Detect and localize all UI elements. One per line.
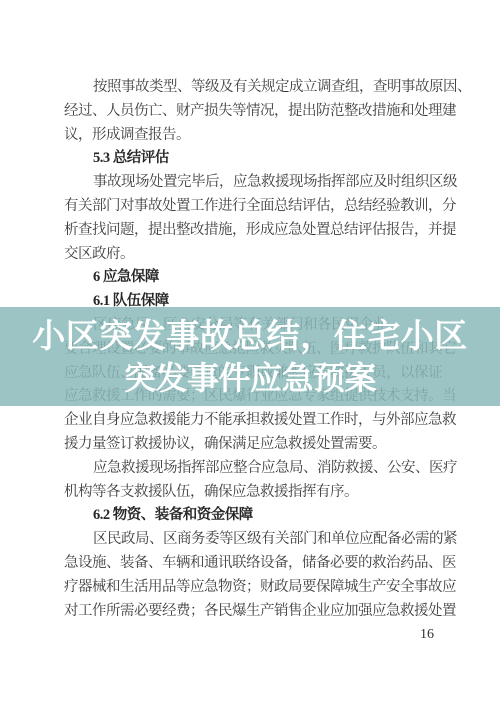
document-line: 援力量签订救援协议，确保满足应急救援处置需要。 <box>64 433 464 457</box>
section-heading: 6 应急保障 <box>64 266 464 290</box>
document-line: 应急救援现场指挥部应整合应急局、消防救援、公安、医疗 <box>64 457 464 481</box>
document-page: 按照事故类型、等级及有关规定成立调查组，查明事故原因、 经过、人员伤亡、财产损失… <box>0 0 500 707</box>
document-line: 急设施、装备、车辆和通讯联络设备，储备必要的救治药品、医 <box>64 552 464 576</box>
overlay-title-line1: 小区突发事故总结，住宅小区 <box>32 314 468 357</box>
document-line: 经过、人员伤亡、财产损失等情况，提出防范整改措施和处理建 <box>64 100 464 124</box>
page-number: 16 <box>420 627 434 643</box>
title-overlay-band: 小区突发事故总结，住宅小区 突发事件应急预案 <box>0 307 500 406</box>
document-line: 机构等各支救援队伍，确保应急救援指挥有序。 <box>64 481 464 505</box>
document-line: 事故现场处置完毕后，应急救援现场指挥部应及时组织区级 <box>64 171 464 195</box>
document-line: 按照事故类型、等级及有关规定成立调查组，查明事故原因、 <box>64 76 464 100</box>
document-line: 企业自身应急救援能力不能承担救援处置工作时，与外部应急救 <box>64 409 464 433</box>
section-heading: 6.2 物资、装备和资金保障 <box>64 504 464 528</box>
document-line: 疗器械和生活用品等应急物资；财政局要保障城生产安全事故应 <box>64 576 464 600</box>
document-line: 对工作所需必要经费；各民爆生产销售企业应加强应急救援处置 <box>64 600 464 624</box>
document-line: 区民政局、区商务委等区级有关部门和单位应配备必需的紧 <box>64 528 464 552</box>
document-line: 析查找问题，提出整改措施，形成应急处置总结评估报告，并提 <box>64 219 464 243</box>
document-line: 交区政府。 <box>64 243 464 267</box>
document-line: 有关部门对事故处置工作进行全面总结评估，总结经验教训，分 <box>64 195 464 219</box>
overlay-title-line2: 突发事件应急预案 <box>124 357 376 400</box>
document-line: 议，形成调查报告。 <box>64 124 464 148</box>
section-heading: 5.3 总结评估 <box>64 147 464 171</box>
